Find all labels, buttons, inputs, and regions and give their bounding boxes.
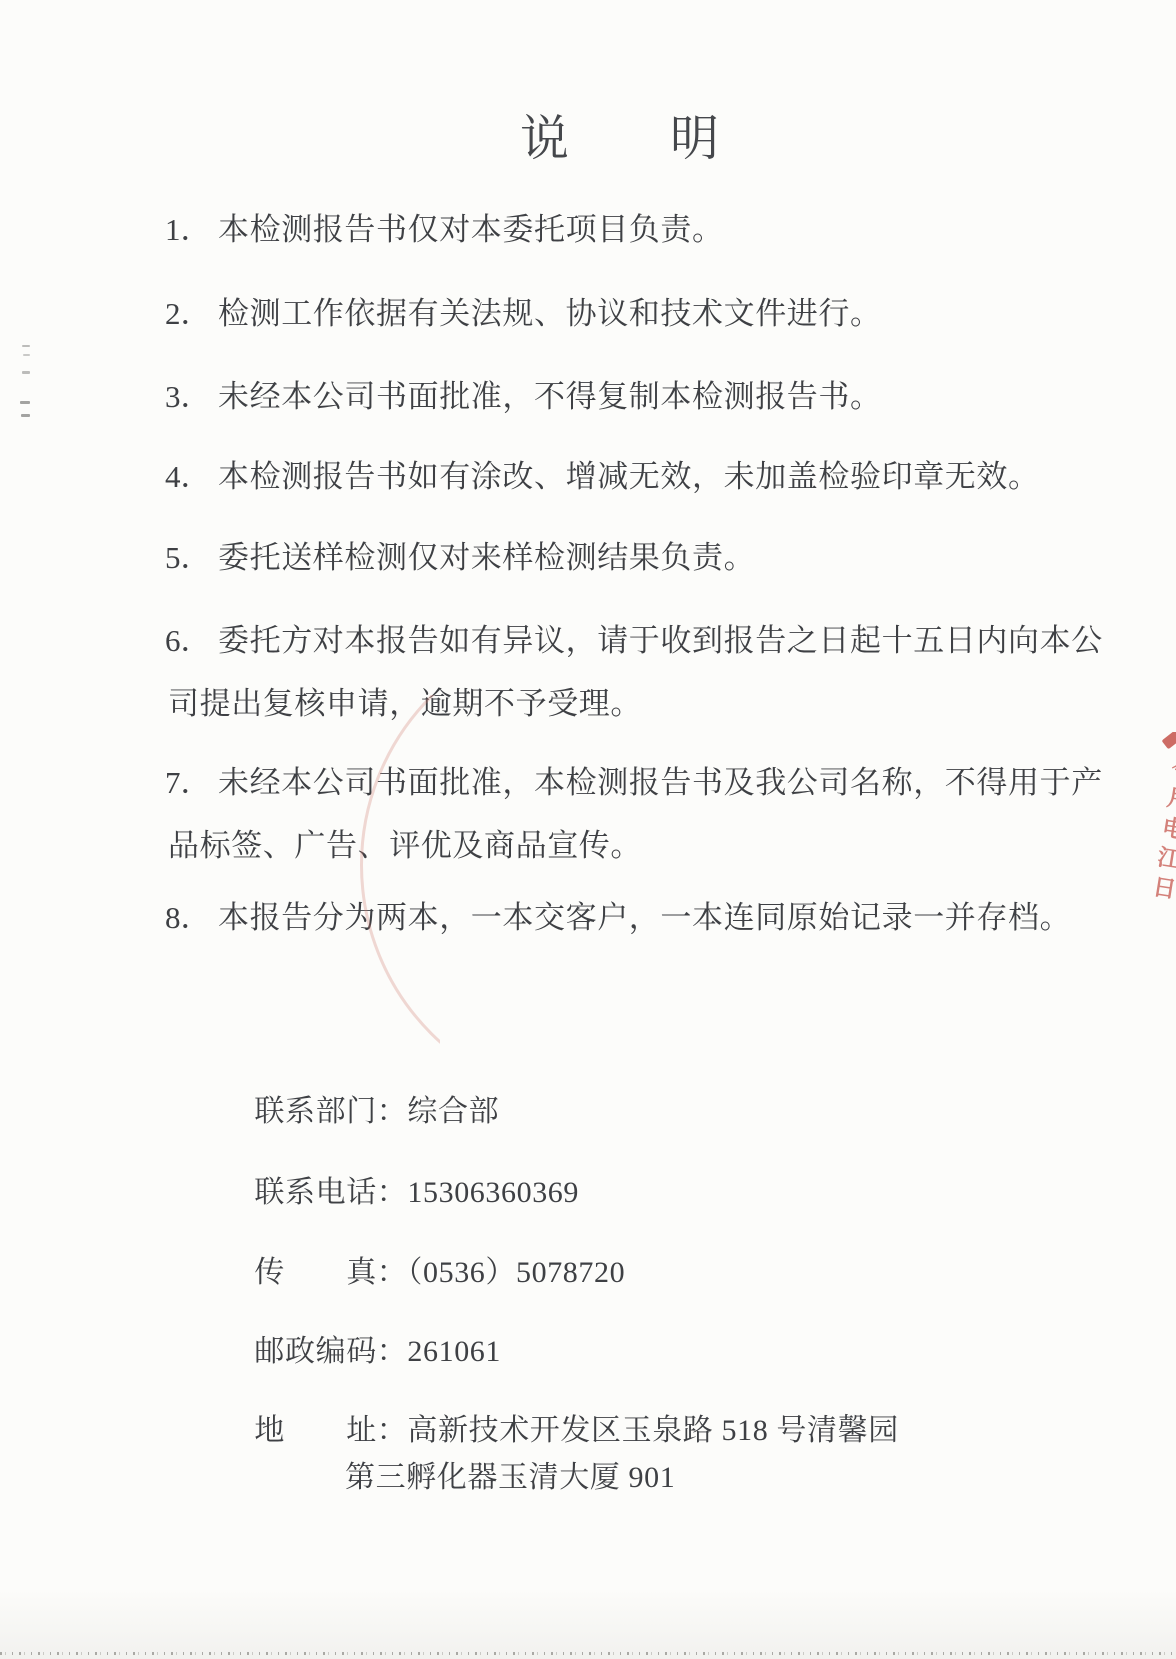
page-bottom-edge	[0, 1652, 1176, 1655]
note-item-5: 5．委托送样检测仅对来样检测结果负责。	[165, 532, 755, 577]
note-number: 1．	[165, 204, 218, 249]
contact-value: 261061	[407, 1335, 501, 1368]
note-text: 本检测报告书如有涂改、增减无效，未加盖检验印章无效。	[218, 459, 1040, 494]
note-number: 2．	[165, 288, 218, 333]
faint-stamp-circle	[360, 695, 440, 1075]
faint-stamp-arc	[345, 695, 440, 1075]
red-stamp-fragment: 今片电江日	[1146, 732, 1176, 900]
note-item-3: 3．未经本公司书面批准，不得复制本检测报告书。	[165, 371, 882, 416]
note-text: 未经本公司书面批准，本检测报告书及我公司名称，不得用于产	[218, 765, 1103, 800]
scan-mark	[21, 414, 30, 417]
contact-label: 地 址：	[254, 1414, 407, 1447]
note-continuation-7: 品标签、广告、评优及商品宣传。	[168, 820, 642, 865]
scan-mark	[23, 354, 30, 356]
note-number: 4．	[165, 451, 218, 496]
note-item-1: 1．本检测报告书仅对本委托项目负责。	[165, 204, 724, 249]
note-text: 未经本公司书面批准，不得复制本检测报告书。	[218, 379, 882, 414]
contact-label: 联系部门：	[254, 1095, 407, 1128]
stamp-glyphs: 今片电江日	[1146, 754, 1176, 900]
note-text: 委托方对本报告如有异议，请于收到报告之日起十五日内向本公	[218, 623, 1103, 658]
contact-label: 传 真：	[254, 1256, 407, 1289]
note-item-7: 7．未经本公司书面批准，本检测报告书及我公司名称，不得用于产	[165, 757, 1103, 802]
contact-value: 高新技术开发区玉泉路 518 号清馨园	[407, 1414, 898, 1447]
note-item-8: 8．本报告分为两本，一本交客户，一本连同原始记录一并存档。	[165, 892, 1071, 937]
note-number: 6．	[165, 615, 218, 660]
document-page: 说 明 1．本检测报告书仅对本委托项目负责。 2．检测工作依据有关法规、协议和技…	[0, 0, 1176, 1659]
note-text: 本报告分为两本，一本交客户，一本连同原始记录一并存档。	[218, 900, 1071, 935]
contact-value: （0536）5078720	[407, 1256, 625, 1289]
scan-mark	[20, 401, 30, 404]
note-text: 检测工作依据有关法规、协议和技术文件进行。	[218, 296, 882, 331]
page-title: 说 明	[520, 100, 720, 170]
note-number: 3．	[165, 371, 218, 416]
note-item-2: 2．检测工作依据有关法规、协议和技术文件进行。	[165, 288, 882, 333]
contact-label: 邮政编码：	[254, 1335, 407, 1368]
scan-mark	[22, 371, 30, 374]
contact-address-line2: 第三孵化器玉清大厦 901	[345, 1452, 675, 1496]
note-number: 7．	[165, 757, 218, 802]
contact-value: 15306360369	[407, 1176, 579, 1209]
contact-value: 综合部	[407, 1095, 499, 1128]
note-continuation-6: 司提出复核申请，逾期不予受理。	[168, 678, 642, 723]
contact-label: 联系电话：	[254, 1176, 407, 1209]
note-text: 委托送样检测仅对来样检测结果负责。	[218, 540, 755, 575]
scan-mark	[22, 345, 30, 347]
note-text: 本检测报告书仅对本委托项目负责。	[218, 212, 724, 247]
note-number: 8．	[165, 892, 218, 937]
note-item-4: 4．本检测报告书如有涂改、增减无效，未加盖检验印章无效。	[165, 451, 1040, 496]
stamp-border-wedge	[1162, 732, 1176, 749]
note-number: 5．	[165, 532, 218, 577]
note-item-6: 6．委托方对本报告如有异议，请于收到报告之日起十五日内向本公	[165, 615, 1103, 660]
